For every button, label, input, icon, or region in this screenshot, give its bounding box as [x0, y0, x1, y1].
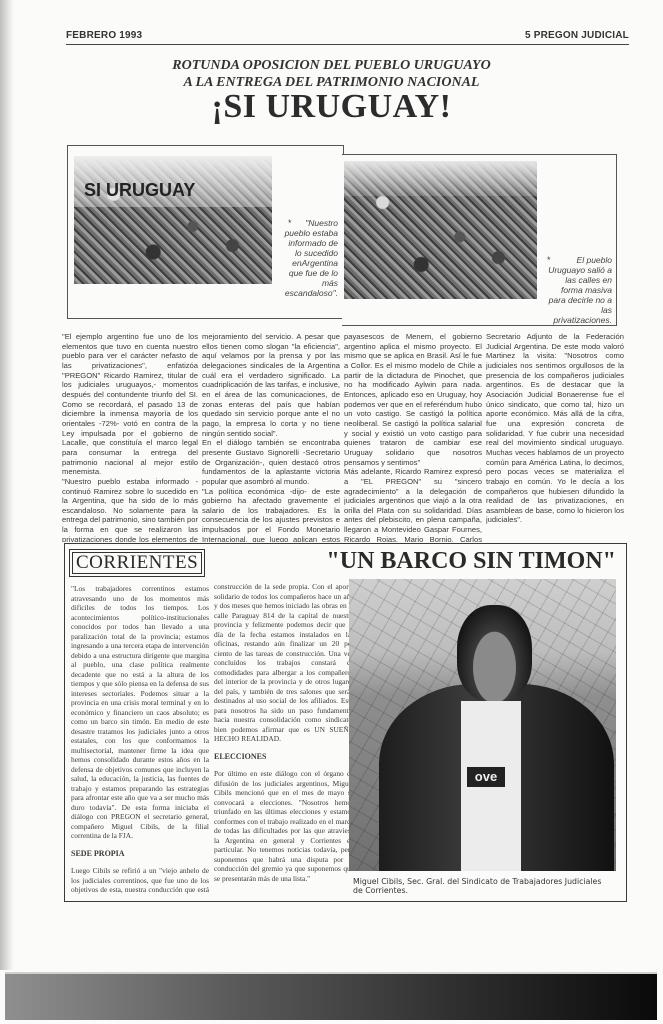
publication-name: 5 PREGON JUDICIAL: [525, 30, 629, 41]
photo-caption: "Nuestro pueblo estaba informado de lo s…: [283, 218, 338, 298]
person-head: [457, 605, 532, 701]
main-headline: ¡SI URUGUAY!: [0, 88, 663, 126]
article-column-3: payasescos de Menem, el gobierno argenti…: [344, 332, 482, 542]
scan-bottom-edge: [5, 972, 657, 1020]
article-column-2: construcción de la sede propia. Con el a…: [214, 582, 354, 894]
paragraph: Secretario Adjunto de la Federación Judi…: [486, 332, 624, 525]
rally-photo: SI URUGUAY: [74, 156, 272, 284]
article-column-2: mejoramiento del servicio. A pesar que e…: [202, 332, 340, 542]
photo-caption: El pueblo Uruguayo salió a las calles en…: [542, 255, 612, 325]
paragraph: "El ejemplo argentino fue uno de los ele…: [62, 332, 198, 477]
scan-edge-shadow: [0, 0, 14, 970]
crowd-photo: [344, 161, 537, 299]
article-column-1: "Los trabajadores correntinos estamos at…: [71, 584, 209, 896]
paragraph: payasescos de Menem, el gobierno argenti…: [344, 332, 482, 467]
subheading: SEDE PROPIA: [71, 849, 209, 859]
paragraph: "Los trabajadores correntinos estamos at…: [71, 584, 209, 841]
photo-box-crowd: * El pueblo Uruguayo salió a las calles …: [342, 154, 617, 326]
section-tag: CORRIENTES: [72, 552, 202, 574]
page-header: FEBRERO 1993 5 PREGON JUDICIAL: [66, 30, 629, 45]
paragraph: Luego Cibils se refirió a un "viejo anhe…: [71, 866, 209, 896]
paragraph: "Nuestro pueblo estaba informado -contin…: [62, 477, 198, 542]
corrientes-article-box: CORRIENTES "UN BARCO SIN TIMON" "Los tra…: [64, 543, 627, 902]
subheading: ELECCIONES: [214, 752, 354, 762]
paragraph: En el diálogo también se encontraba pres…: [202, 438, 340, 486]
article-column-4: Secretario Adjunto de la Federación Judi…: [486, 332, 624, 542]
paragraph: construcción de la sede propia. Con el a…: [214, 582, 354, 744]
paragraph: Por último en este diálogo con el órgano…: [214, 769, 354, 883]
paragraph: mejoramiento del servicio. A pesar que e…: [202, 332, 340, 438]
photo-caption: Miguel Cibils, Sec. Gral. del Sindicato …: [353, 877, 613, 895]
shirt-logo: ove: [467, 767, 505, 787]
issue-date: FEBRERO 1993: [66, 30, 142, 41]
article-headline: "UN BARCO SIN TIMON": [326, 548, 616, 575]
paragraph: Más adelante, Ricardo Ramirez expresó a …: [344, 467, 482, 542]
kicker-line-1: ROTUNDA OPOSICION DEL PUEBLO URUGUAYO: [0, 58, 663, 74]
paragraph: "La política económica -dijo- de este go…: [202, 487, 340, 543]
photo-box-rally: SI URUGUAY * "Nuestro pueblo estaba info…: [67, 145, 344, 319]
article-column-1: "El ejemplo argentino fue uno de los ele…: [62, 332, 198, 542]
portrait-photo: ove: [349, 579, 616, 871]
protest-sign-text: SI URUGUAY: [84, 180, 195, 201]
